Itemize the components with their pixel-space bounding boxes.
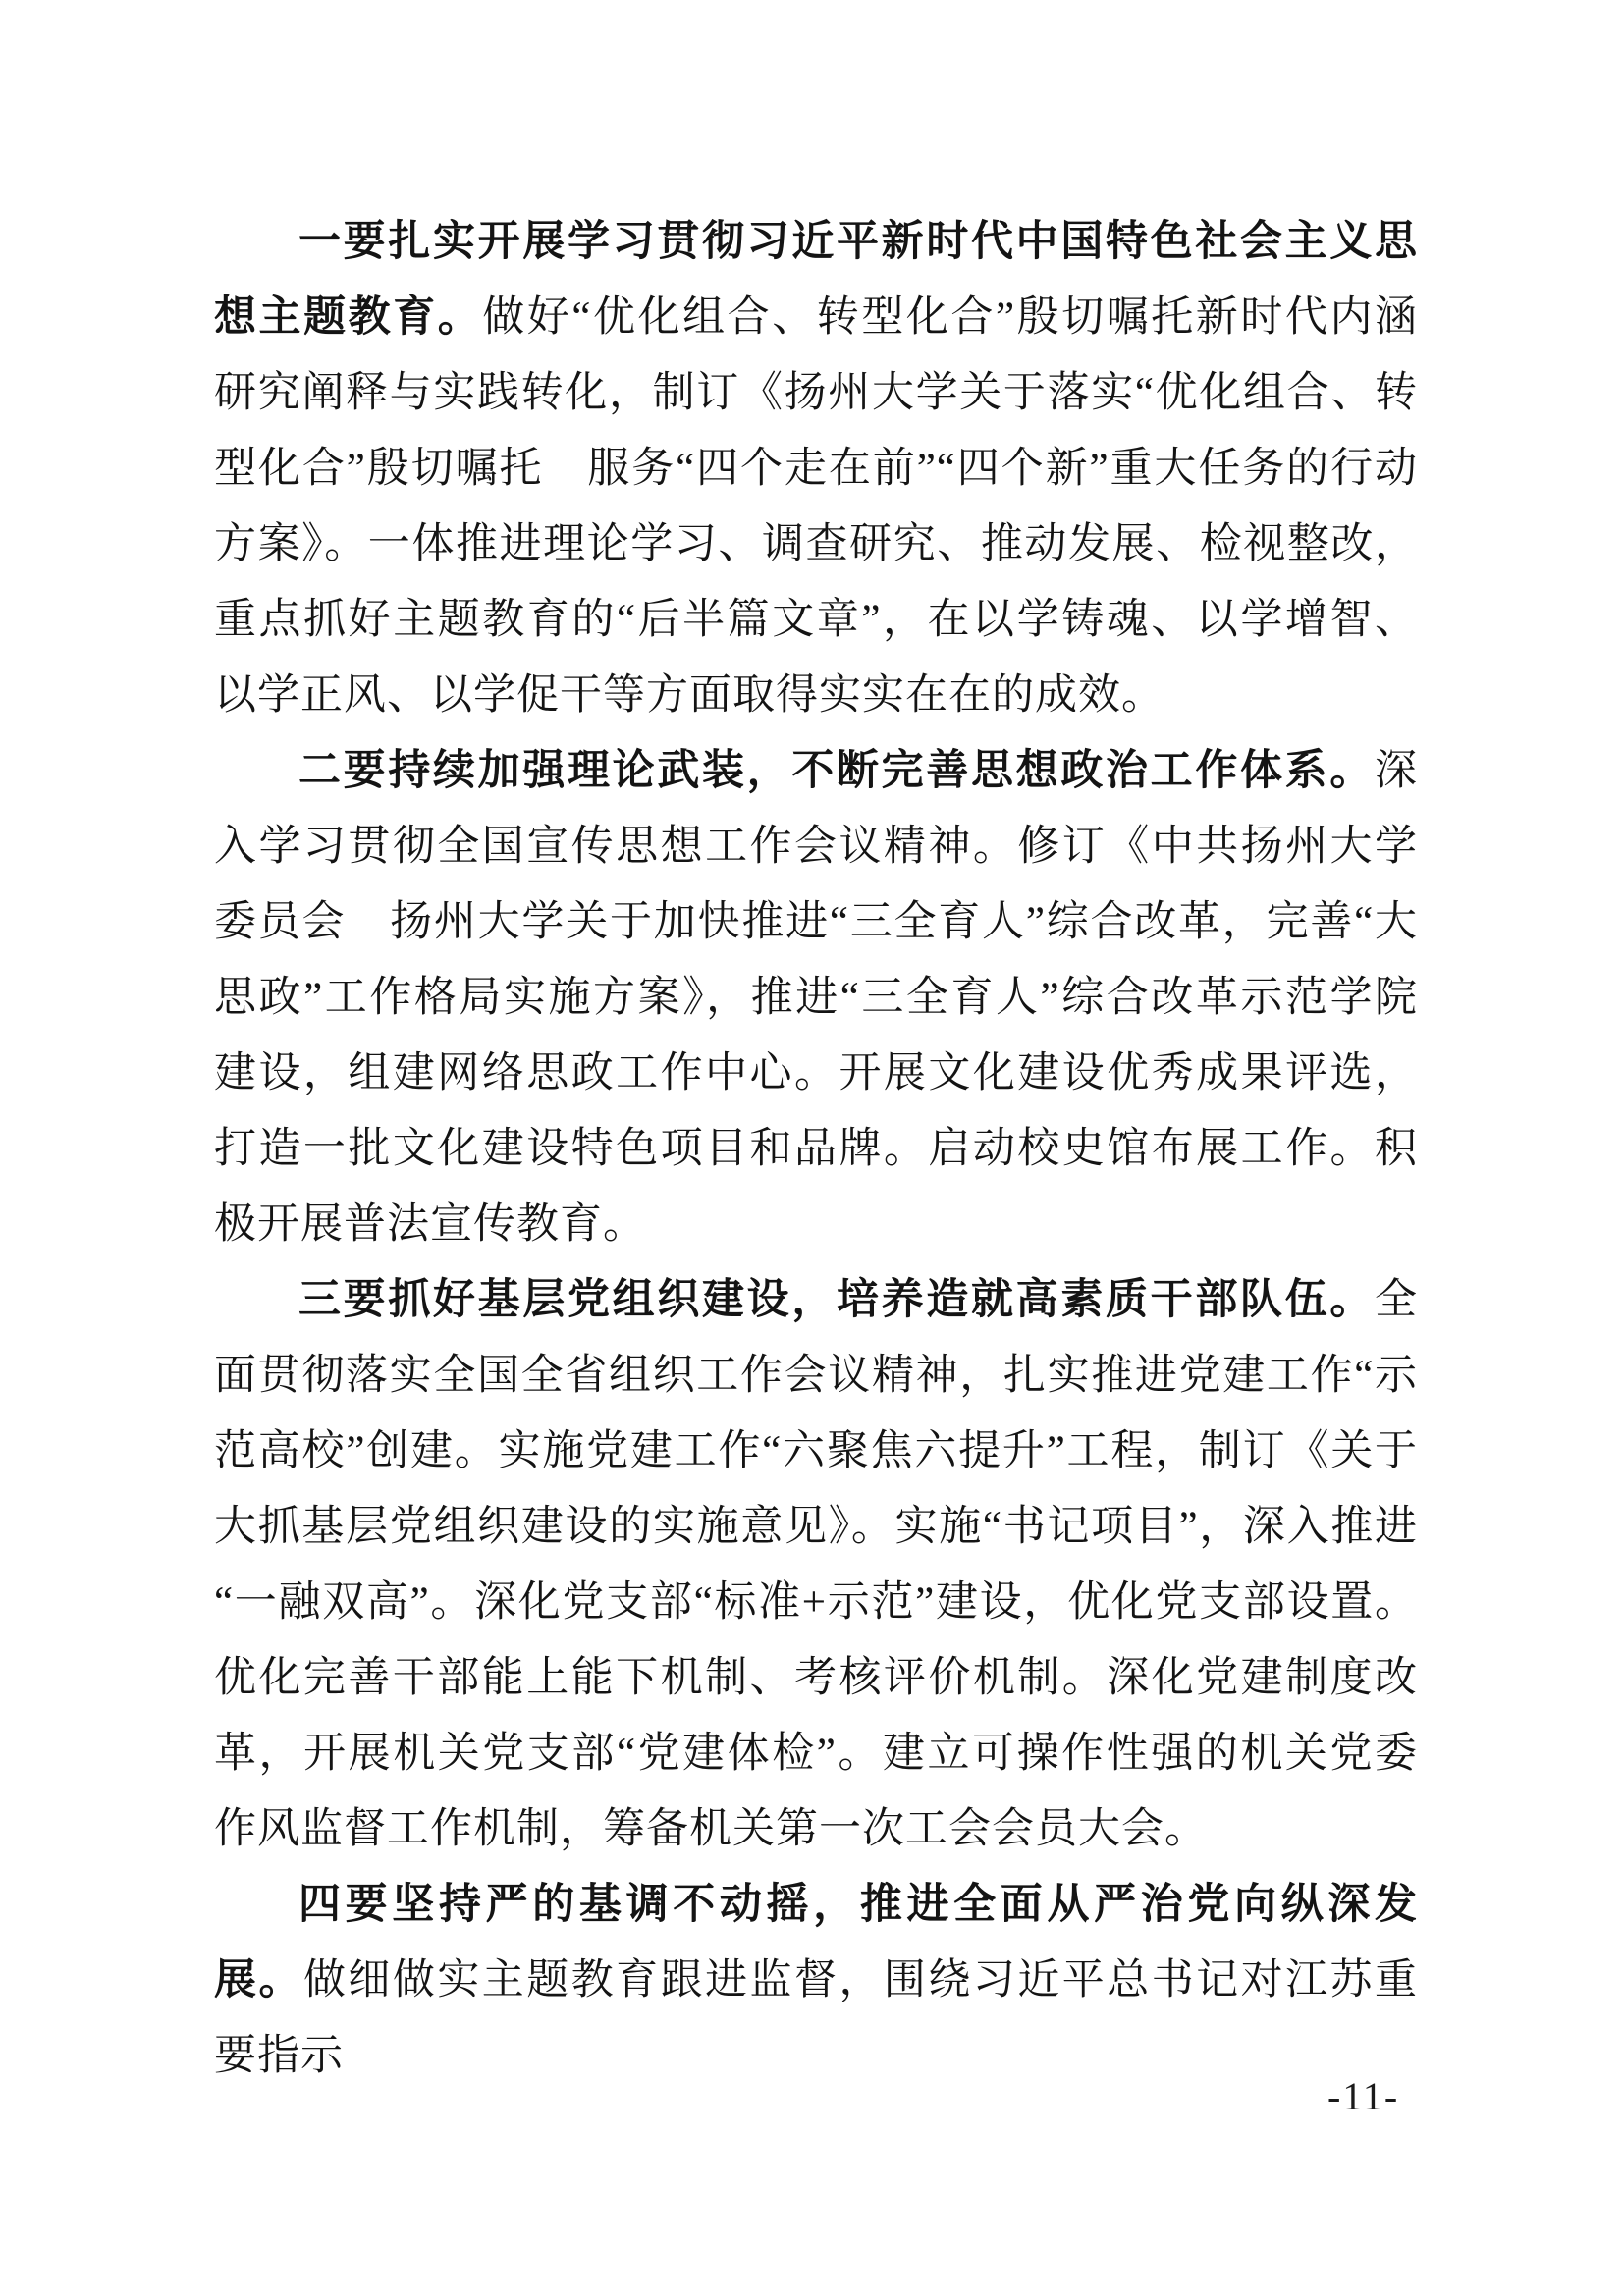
paragraph: 四要坚持严的基调不动摇，推进全面从严治党向纵深发展。做细做实主题教育跟进监督，围…	[214, 1867, 1418, 2094]
body-text: 一要扎实开展学习贯彻习近平新时代中国特色社会主义思想主题教育。做好“优化组合、转…	[214, 204, 1418, 2094]
paragraph-body-text: 做好“优化组合、转型化合”殷切嘱托新时代内涵研究阐释与实践转化，制订《扬州大学关…	[214, 294, 1418, 719]
paragraph-lead-text: 三要抓好基层党组织建设，培养造就高素质干部队伍。	[298, 1277, 1375, 1323]
paragraph-body-text: 做细做实主题教育跟进监督，围绕习近平总书记对江苏重要指示	[214, 1957, 1418, 2079]
paragraph-lead-text: 二要持续加强理论武装，不断完善思想政治工作体系。	[298, 748, 1375, 794]
paragraph-body-text: 深入学习贯彻全国宣传思想工作会议精神。修订《中共扬州大学委员会 扬州大学关于加快…	[214, 748, 1418, 1248]
paragraph: 一要扎实开展学习贯彻习近平新时代中国特色社会主义思想主题教育。做好“优化组合、转…	[214, 204, 1418, 733]
page-number: -11-	[1327, 2073, 1399, 2119]
paragraph-body-text: 全面贯彻落实全国全省组织工作会议精神，扎实推进党建工作“示范高校”创建。实施党建…	[214, 1277, 1418, 1852]
document-page: 一要扎实开展学习贯彻习近平新时代中国特色社会主义思想主题教育。做好“优化组合、转…	[0, 0, 1624, 2296]
paragraph: 三要抓好基层党组织建设，培养造就高素质干部队伍。全面贯彻落实全国全省组织工作会议…	[214, 1262, 1418, 1867]
paragraph: 二要持续加强理论武装，不断完善思想政治工作体系。深入学习贯彻全国宣传思想工作会议…	[214, 733, 1418, 1262]
